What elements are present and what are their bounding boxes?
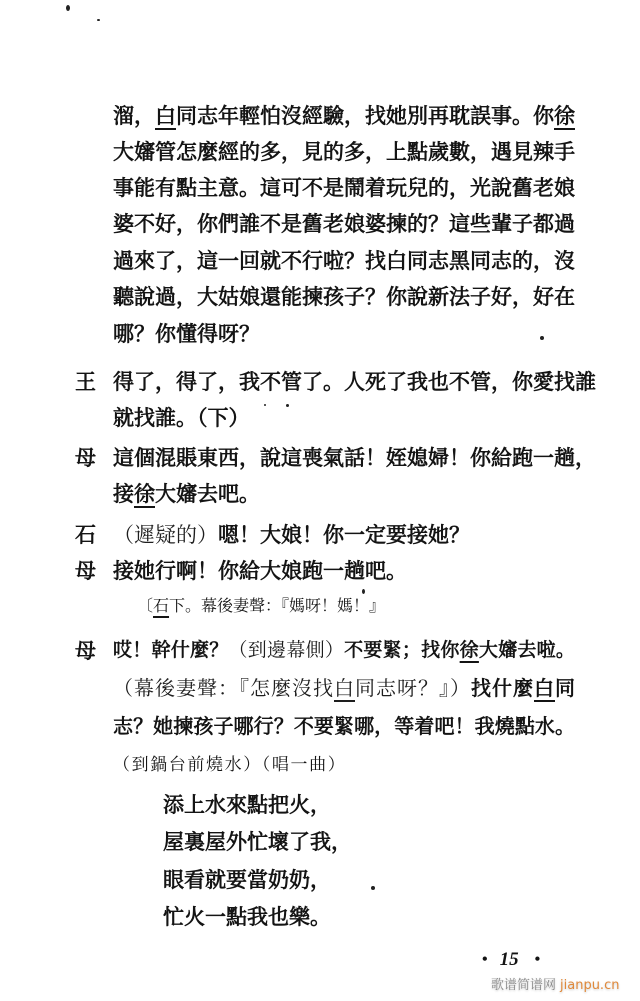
script-line: 志？她揀孩子哪行？不要緊哪，等着吧！我燒點水。 <box>113 716 575 738</box>
speaker-label: 王 <box>75 371 96 393</box>
scan-speck <box>540 336 544 340</box>
bullet-icon: • <box>482 949 488 971</box>
line-text: 找什麼 <box>471 678 534 700</box>
lyric-line: 屋裏屋外忙壞了我， <box>163 831 352 853</box>
page-number: • 15 • <box>482 949 540 971</box>
line-text: 接 <box>113 482 134 506</box>
script-line: 大嬸管怎麼經的多，見的多，上點歲數，遇見辣手 <box>113 141 575 163</box>
proper-noun-underlined: 徐 <box>554 104 575 128</box>
line-text: 大嬸管怎麼經的多，見的多，上點歲數，遇見辣手 <box>113 140 575 164</box>
scan-speck <box>362 589 365 594</box>
line-text: 接她行啊！你給大娘跑一趟吧。 <box>113 559 407 583</box>
scan-speck <box>371 886 375 890</box>
script-line: 就找誰。（下） <box>113 407 250 429</box>
proper-noun-underlined: 白 <box>334 678 355 700</box>
line-text: 下。幕後妻聲：『媽呀！媽！』 <box>169 598 385 615</box>
script-line: 哪？你懂得呀？ <box>113 323 260 345</box>
proper-noun-underlined: 白 <box>534 678 555 700</box>
line-text: 志？她揀孩子哪行？不要緊哪，等着吧！我燒點水。 <box>113 716 575 738</box>
script-line: （幕後妻聲：『怎麼沒找白同志呀？』）找什麼白同 <box>113 678 575 700</box>
stage-direction: （遲疑的） <box>113 523 218 547</box>
stage-direction: （到邊幕側） <box>229 640 345 661</box>
line-text: 不要緊；找你 <box>344 640 460 661</box>
script-line: 事能有點主意。這可不是鬧着玩兒的，光說舊老娘 <box>113 177 575 199</box>
proper-noun-underlined: 石 <box>153 598 169 615</box>
script-line: 接徐大嬸去吧。 <box>113 483 260 505</box>
script-line: 聽說過，大姑娘還能揀孩子？你說新法子好，好在 <box>113 286 575 308</box>
stage-direction: （幕後妻聲：『怎麼沒找 <box>113 678 334 700</box>
line-text: 聽說過，大姑娘還能揀孩子？你說新法子好，好在 <box>113 285 575 309</box>
script-line: （遲疑的）嗯！大娘！你一定要接她？ <box>113 524 470 546</box>
speaker-label: 母 <box>75 560 96 582</box>
line-text: 溜， <box>113 104 155 128</box>
line-text: 同 <box>555 678 575 700</box>
line-text: 嗯！大娘！你一定要接她？ <box>218 523 470 547</box>
line-text: 就找誰。（下） <box>113 406 250 430</box>
script-line: 哎！幹什麼？（到邊幕側）不要緊；找你徐大嬸去啦。 <box>113 640 575 662</box>
watermark: 歌谱简谱网jianpu.cn <box>491 977 619 994</box>
script-line: 過來了，這一回就不行啦？找白同志黑同志的，沒 <box>113 250 575 272</box>
lyric-line: 忙火一點我也樂。 <box>163 906 331 928</box>
lyric-line: 添上水來點把火， <box>163 794 331 816</box>
script-line: 得了，得了，我不管了。人死了我也不管，你愛找誰 <box>113 371 575 393</box>
stage-direction: 同志呀？』） <box>355 678 471 700</box>
line-text: （到鍋台前燒水）（唱一曲） <box>113 755 346 774</box>
line-text: 這個混賬東西，說這喪氣話！姪媳婦！你給跑一趟， <box>113 446 596 470</box>
scan-speck <box>286 404 289 407</box>
line-text: 婆不好，你們誰不是舊老娘婆揀的？這些輩子都過 <box>113 212 575 236</box>
scan-speck <box>66 5 70 11</box>
line-text: 哪？你懂得呀？ <box>113 322 260 346</box>
page-number-value: 15 <box>500 949 519 971</box>
line-text: 事能有點主意。這可不是鬧着玩兒的，光說舊老娘 <box>113 176 575 200</box>
scan-speck <box>97 19 100 21</box>
watermark-site-name: 歌谱简谱网 <box>491 978 556 993</box>
script-line: 這個混賬東西，說這喪氣話！姪媳婦！你給跑一趟， <box>113 447 575 469</box>
line-text: 得了，得了，我不管了。人死了我也不管，你愛找誰 <box>113 370 596 394</box>
proper-noun-underlined: 白 <box>155 104 176 128</box>
watermark-domain: jianpu.cn <box>560 978 619 993</box>
stage-direction-line: （到鍋台前燒水）（唱一曲） <box>113 754 346 776</box>
scan-speck <box>264 404 266 406</box>
lyric-line: 眼看就要當奶奶， <box>163 869 331 891</box>
proper-noun-underlined: 徐 <box>134 482 155 506</box>
proper-noun-underlined: 徐 <box>460 640 479 661</box>
line-text: 大嬸去啦。 <box>479 640 575 661</box>
line-text: 大嬸去吧。 <box>155 482 260 506</box>
line-text: 哎！幹什麼？ <box>113 640 229 661</box>
speaker-label: 母 <box>75 447 96 469</box>
line-text: 同志年輕怕沒經驗，找她別再耽誤事。你 <box>176 104 554 128</box>
line-text: 過來了，這一回就不行啦？找白同志黑同志的，沒 <box>113 249 575 273</box>
bullet-icon: • <box>535 949 541 971</box>
script-line: 溜，白同志年輕怕沒經驗，找她別再耽誤事。你徐 <box>113 105 575 127</box>
script-line: 接她行啊！你給大娘跑一趟吧。 <box>113 560 407 582</box>
speaker-label: 母 <box>75 640 96 662</box>
speaker-label: 石 <box>75 524 96 546</box>
script-line: 婆不好，你們誰不是舊老娘婆揀的？這些輩子都過 <box>113 213 575 235</box>
line-text: 〔 <box>137 598 153 615</box>
stage-direction-line: 〔石下。幕後妻聲：『媽呀！媽！』 <box>137 598 385 616</box>
